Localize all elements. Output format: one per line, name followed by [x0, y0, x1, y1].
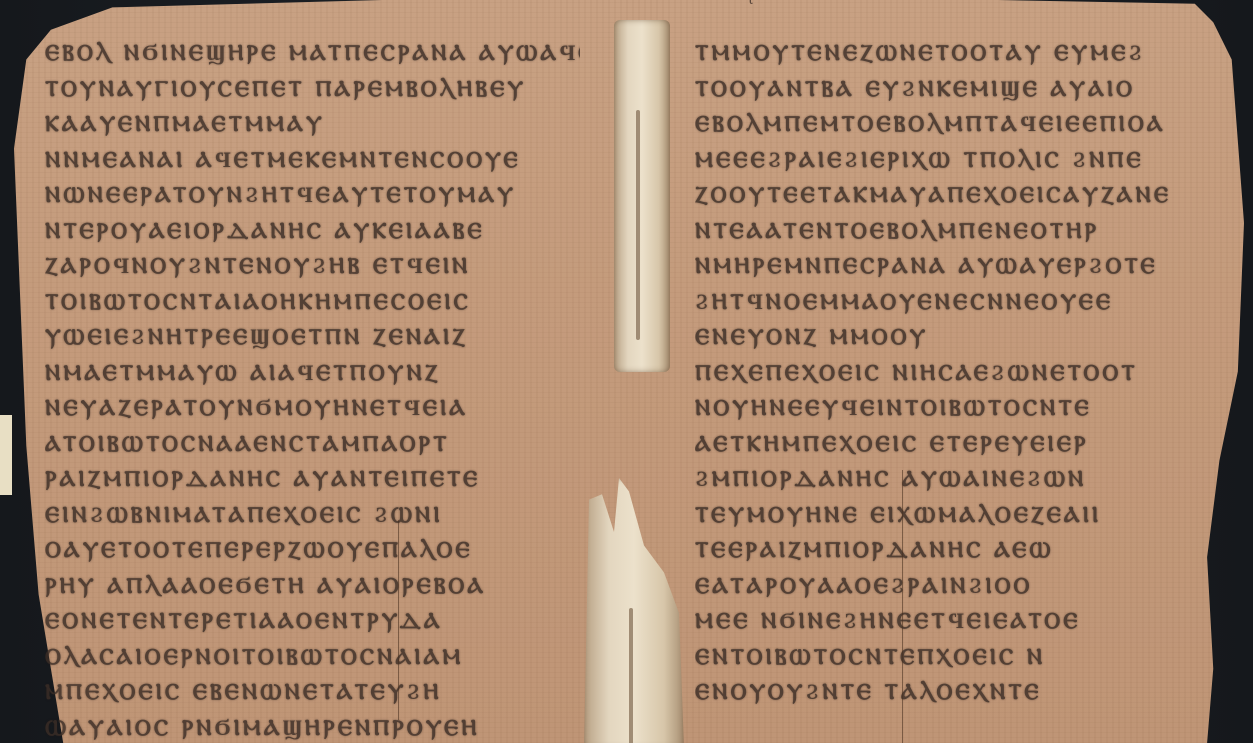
manuscript-line: ⲚⲚⲘⲈⲀⲚⲀⲒ ⲀϤⲈⲦⲘⲈⲔⲈⲘⲚⲦⲈⲚⲤⲞⲞⲨⲈ — [45, 143, 580, 179]
manuscript-line: ⲢⲎⲨ ⲀⲠⲖⲀⲀⲞⲈϬⲈⲦⲎ ⲀⲨⲀⲒⲞⲢⲈⲂⲞⲀ — [45, 569, 580, 605]
manuscript-line: ⲞⲀⲨⲈⲦⲞⲞⲦⲈⲠⲈⲢⲈⲢⲌⲰⲞⲨⲈⲠⲀⲖⲞⲈ — [45, 533, 580, 569]
manuscript-line: ⲦⲞⲨⲚⲀⲨⲄⲒⲞⲨⲤⲈⲠⲈⲦ ⲠⲀⲢⲈⲘⲂⲞⲖⲎⲂⲈⲨ — [45, 72, 580, 108]
manuscript-line: ⲀⲈⲦⲔⲎⲘⲠⲈⲬⲞⲈⲒⲤ ⲈⲦⲈⲢⲈⲨⲈⲒⲈⲢ — [695, 427, 1245, 463]
manuscript-line: ⲈⲚⲈⲨⲞⲚⲌ ⲘⲘⲞⲞⲨ — [695, 320, 1245, 356]
manuscript-line: ⲠⲈⲬⲈⲠⲈⲬⲞⲈⲒⲤ ⲚⲒⲎⲤⲀⲈϨⲰⲚⲈⲦⲞⲞⲦ — [695, 356, 1245, 392]
manuscript-line: ⲚⲦⲈⲀⲀⲦⲈⲚⲦⲞⲈⲂⲞⲖⲘⲠⲈⲚⲈⲞⲦⲎⲢ — [695, 214, 1245, 250]
manuscript-line: ⲚⲘⲀⲈⲦⲘⲘⲀⲨⲰ ⲀⲒⲀϤⲈⲦⲠⲞⲨⲚⲌ — [45, 356, 580, 392]
manuscript-line: ⲀⲦⲞⲒⲂⲰⲦⲞⲤⲚⲀⲀⲈⲚⲤⲦⲀⲘⲠⲀⲞⲢⲦ — [45, 427, 580, 463]
manuscript-line: ⲘⲈⲈ ⲚϬⲒⲚⲈϨⲎⲚⲈⲈⲦϤⲈⲒⲈⲀⲦⲞⲈ — [695, 604, 1245, 640]
manuscript-line: ϨⲘⲠⲒⲞⲢⲆⲀⲚⲎⲤ ⲀⲨⲰⲀⲒⲚⲈϨⲰⲚ — [695, 462, 1245, 498]
strip-crease — [629, 608, 633, 743]
manuscript-line: ⲞⲖⲀⲤⲀⲒⲞⲈⲢⲚⲞⲒⲦⲞⲒⲂⲰⲦⲞⲤⲚⲀⲒⲀⲘ — [45, 640, 580, 676]
manuscript-line: ⲚⲰⲚⲈⲈⲢⲀⲦⲞⲨⲚϨⲎⲦϤⲈⲀⲨⲦⲈⲦⲞⲨⲘⲀⲨ — [45, 178, 580, 214]
papyrus-crack — [398, 520, 399, 720]
manuscript-line: ⲰⲀⲨⲀⲒⲞⲤ ⲢⲚϬⲒⲘⲀϢⲎⲢⲈⲚⲠⲢⲞⲨⲈⲎ — [45, 711, 580, 743]
repair-strip-top — [614, 20, 670, 372]
manuscript-line: ⲦⲘⲘⲞⲨⲦⲈⲚⲈⲌⲰⲚⲈⲦⲞⲞⲦⲀⲨ ⲈⲨⲘⲈϨ — [695, 36, 1245, 72]
manuscript-line: ⲦⲞⲞⲨⲀⲚⲦⲂⲀ ⲈⲨϨⲚⲔⲈⲘⲒϢⲈ ⲀⲨⲀⲒⲞ — [695, 72, 1245, 108]
manuscript-line: ⲌⲀⲢⲞϤⲚⲞⲨϨⲚⲦⲈⲚⲞⲨϨⲎⲂ ⲈⲦϤⲈⲒⲚ — [45, 249, 580, 285]
manuscript-line: ⲘⲠⲈⲬⲞⲈⲒⲤ ⲈⲂⲈⲚⲰⲚⲈⲦⲀⲦⲈⲨϨⲎ — [45, 675, 580, 711]
manuscript-line: ⲢⲀⲒⲌⲘⲠⲒⲞⲢⲆⲀⲚⲎⲤ ⲀⲨⲀⲚⲦⲈⲒⲠⲈⲦⲈ — [45, 462, 580, 498]
manuscript-line: ⲈⲚⲦⲞⲒⲂⲰⲦⲞⲤⲚⲦⲈⲠⲬⲞⲈⲒⲤ Ⲛ — [695, 640, 1245, 676]
manuscript-line: ⲈⲀⲦⲀⲢⲞⲨⲀⲀⲞⲈϨⲢⲀⲒⲚϨⲒⲞⲞ — [695, 569, 1245, 605]
manuscript-line: ⲘⲈⲈⲈϨⲢⲀⲒⲈϨⲒⲈⲢⲒⲬⲰ ⲦⲠⲞⲖⲒⲤ ϨⲚⲠⲈ — [695, 143, 1245, 179]
text-column-right: ⲦⲘⲘⲞⲨⲦⲈⲚⲈⲌⲰⲚⲈⲦⲞⲞⲦⲀⲨ ⲈⲨⲘⲈϨ ⲦⲞⲞⲨⲀⲚⲦⲂⲀ ⲈⲨϨⲚ… — [695, 36, 1245, 711]
manuscript-line: ⲚⲞⲨⲎⲚⲈⲈⲨϤⲈⲒⲚⲦⲞⲒⲂⲰⲦⲞⲤⲚⲦⲈ — [695, 391, 1245, 427]
mounting-tab — [0, 415, 12, 495]
text-column-left: ⲈⲂⲞⲖ ⲚϬⲒⲚⲈϢⲎⲢⲈ ⲘⲀⲦⲠⲈⲤⲢⲀⲚⲀ ⲀⲨⲰⲀϤⲈⲒ ⲦⲞⲨⲚⲀⲨ… — [45, 36, 580, 743]
manuscript-line: ⲚⲘⲎⲢⲈⲘⲚⲠⲈⲤⲢⲀⲚⲀ ⲀⲨⲰⲀⲨⲈⲢϨⲞⲦⲈ — [695, 249, 1245, 285]
folio-number: ι̅ — [748, 0, 754, 8]
manuscript-line: ⲦⲞⲒⲂⲰⲦⲞⲤⲚⲦⲀⲒⲀⲞⲎⲔⲎⲘⲠⲈⲤⲞⲈⲒⲤ — [45, 285, 580, 321]
manuscript-line: ⲈⲚⲞⲨⲞⲨϨⲚⲦⲈ ⲦⲀⲖⲞⲈⲬⲚⲦⲈ — [695, 675, 1245, 711]
manuscript-line: ⲈⲒⲚϨⲰⲂⲚⲒⲘⲀⲦⲀⲠⲈⲬⲞⲈⲒⲤ ϨⲰⲚⲒ — [45, 498, 580, 534]
manuscript-line: ⲈⲂⲞⲖⲘⲠⲈⲘⲦⲞⲈⲂⲞⲖⲘⲠⲦⲀϤⲈⲒⲈⲈⲠⲒⲞⲀ — [695, 107, 1245, 143]
manuscript-line: ϨⲎⲦϤⲚⲞⲈⲘⲘⲀⲞⲨⲈⲚⲈⲤⲚⲚⲈⲞⲨⲈⲈ — [695, 285, 1245, 321]
manuscript-line: ⲨⲰⲈⲒⲈϨⲚⲎⲦⲢⲈⲈϢⲞⲈⲦⲠⲚ ⲌⲈⲚⲀⲒⲌ — [45, 320, 580, 356]
manuscript-line: ⲈⲂⲞⲖ ⲚϬⲒⲚⲈϢⲎⲢⲈ ⲘⲀⲦⲠⲈⲤⲢⲀⲚⲀ ⲀⲨⲰⲀϤⲈⲒ — [45, 36, 580, 72]
papyrus-crack — [902, 470, 903, 743]
strip-crease — [636, 110, 640, 340]
manuscript-line: ⲦⲈⲈⲢⲀⲒⲌⲘⲠⲒⲞⲢⲆⲀⲚⲎⲤ ⲀⲈⲰ — [695, 533, 1245, 569]
manuscript-line: ⲚⲈⲨⲀⲌⲈⲢⲀⲦⲞⲨⲚϬⲘⲞⲨⲎⲚⲈⲦϤⲈⲒⲀ — [45, 391, 580, 427]
manuscript-line: ⲌⲞⲞⲨⲦⲈⲈⲦⲀⲔⲘⲀⲨⲀⲠⲈⲬⲞⲈⲒⲤⲀⲨⲌⲀⲚⲈ — [695, 178, 1245, 214]
manuscript-line: ⲔⲀⲀⲨⲈⲚⲠⲘⲀⲈⲦⲘⲘⲀⲨ — [45, 107, 580, 143]
manuscript-line: ⲦⲈⲨⲘⲞⲨⲎⲚⲈ ⲈⲒⲬⲰⲘⲀⲖⲞⲈⲌⲈⲀⲒⲒ — [695, 498, 1245, 534]
manuscript-line: ⲈⲞⲚⲈⲦⲈⲚⲦⲈⲢⲈⲦⲒⲀⲀⲞⲈⲚⲦⲢⲨⲆⲀ — [45, 604, 580, 640]
manuscript-line: ⲚⲦⲈⲢⲞⲨⲀⲈⲒⲞⲢⲆⲀⲚⲎⲤ ⲀⲨⲔⲈⲒⲀⲀⲂⲈ — [45, 214, 580, 250]
